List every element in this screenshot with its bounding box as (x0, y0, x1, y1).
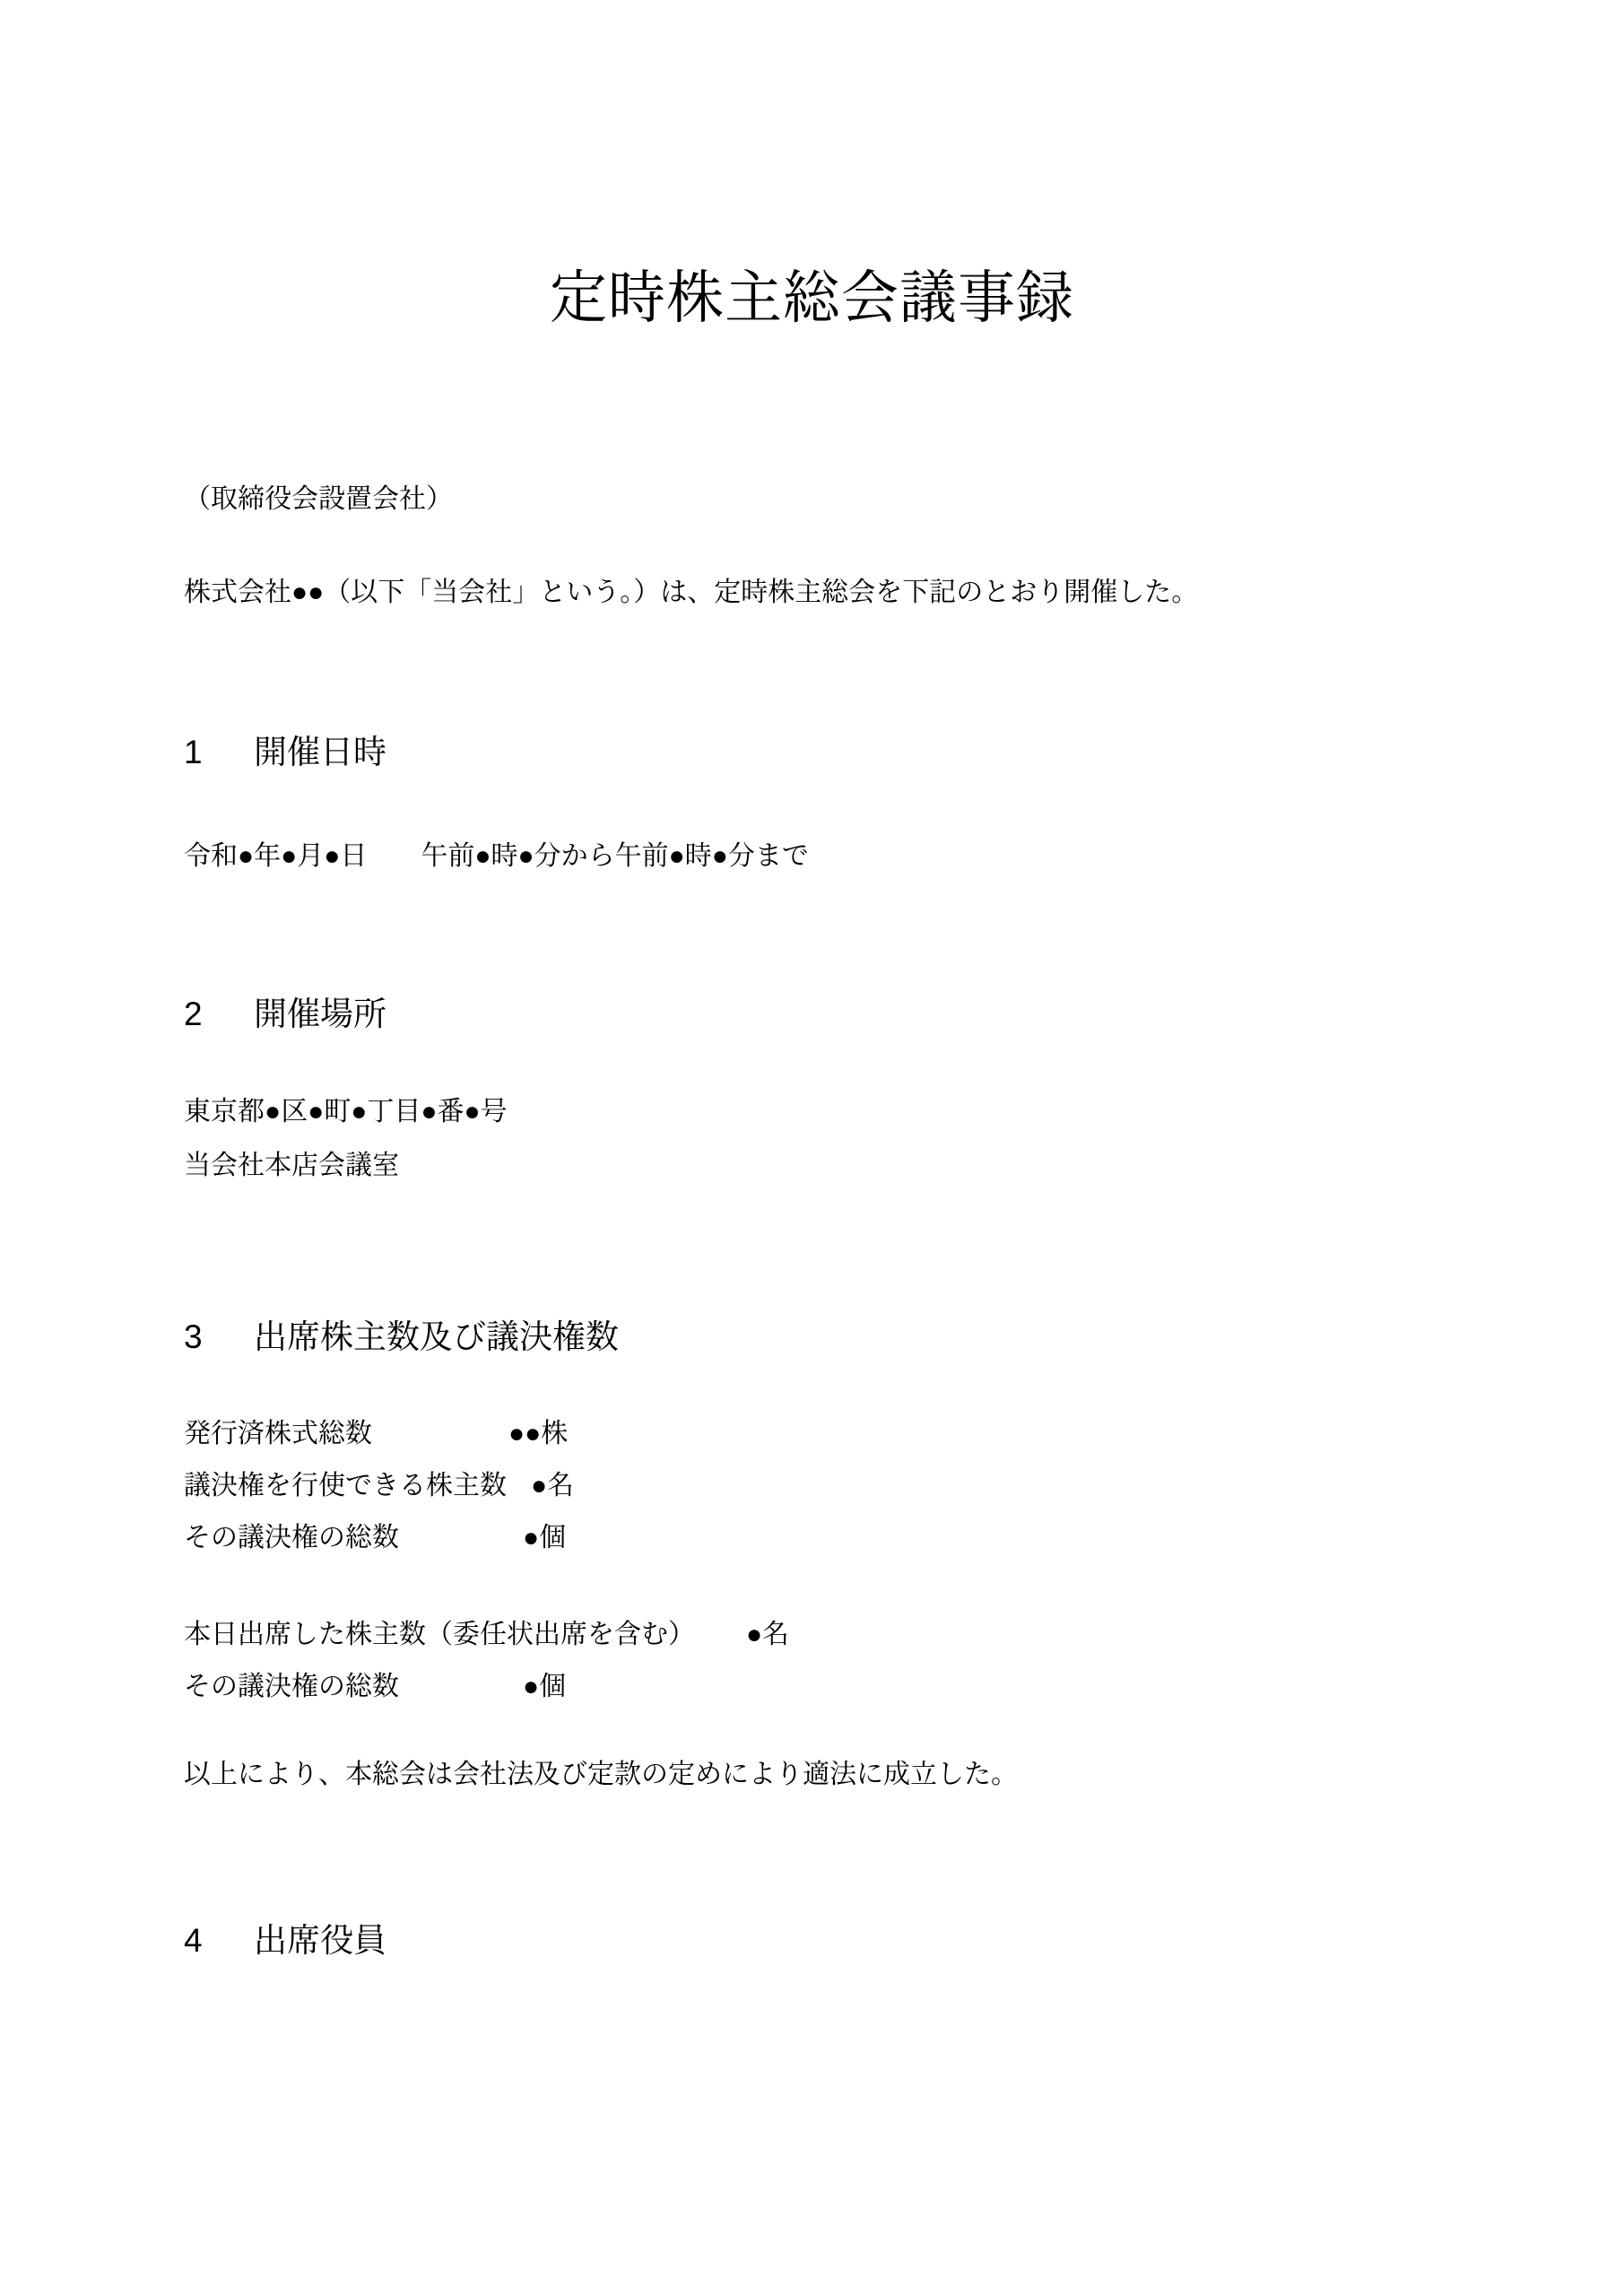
section-1-heading: 1開催日時 (184, 735, 1624, 769)
section-3-title: 出席株主数及び議決権数 (254, 1318, 619, 1355)
attending-voting-rights-label: その議決権の総数 (184, 1672, 399, 1701)
section-2-heading: 2開催場所 (184, 997, 1624, 1031)
document-title: 定時株主総会議事録 (0, 269, 1624, 326)
voting-rights-total-label: その議決権の総数 (184, 1523, 399, 1552)
attending-voting-rights-row: その議決権の総数●個 (184, 1674, 1624, 1700)
shares-issued-label: 発行済株式総数 (184, 1419, 372, 1448)
attending-shareholders-label: 本日出席した株主数（委任状出席を含む） (184, 1620, 695, 1649)
attending-voting-rights-value: ●個 (523, 1674, 566, 1700)
quorum-statement: 以上により、本総会は会社法及び定款の定めにより適法に成立した。 (184, 1761, 1624, 1788)
voting-rights-total-value: ●個 (523, 1525, 566, 1552)
section-2-number: 2 (184, 997, 254, 1031)
section-1-title: 開催日時 (254, 734, 386, 770)
voting-shareholders-label: 議決権を行使できる株主数 (184, 1471, 507, 1500)
meeting-datetime-line: 令和●年●月●日 午前●時●分から午前●時●分まで (184, 843, 1624, 870)
voting-shareholders-row: 議決権を行使できる株主数●名 (184, 1473, 1624, 1500)
attending-shareholders-row: 本日出席した株主数（委任状出席を含む）●名 (184, 1622, 1624, 1648)
voting-rights-total-row: その議決権の総数●個 (184, 1525, 1624, 1552)
document-page: 定時株主総会議事録 （取締役会設置会社） 株式会社●●（以下「当会社」という。）… (0, 0, 1624, 2296)
meeting-venue-line: 当会社本店会議室 (184, 1152, 1624, 1179)
opening-sentence: 株式会社●●（以下「当会社」という。）は、定時株主総会を下記のとおり開催した。 (184, 579, 1624, 606)
section-3-number: 3 (184, 1320, 254, 1353)
voting-shareholders-value: ●名 (531, 1473, 574, 1500)
section-4-title: 出席役員 (254, 1922, 386, 1959)
section-4-heading: 4出席役員 (184, 1924, 1624, 1957)
meeting-address-line: 東京都●区●町●丁目●番●号 (184, 1099, 1624, 1126)
section-4-number: 4 (184, 1924, 254, 1957)
company-type-note: （取締役会設置会社） (184, 486, 1624, 513)
attending-shareholders-value: ●名 (746, 1622, 789, 1648)
shares-issued-row: 発行済株式総数●●株 (184, 1421, 1624, 1448)
section-1-number: 1 (184, 735, 254, 769)
section-2-title: 開催場所 (254, 996, 386, 1032)
shares-issued-value: ●●株 (508, 1421, 568, 1448)
section-3-heading: 3出席株主数及び議決権数 (184, 1320, 1624, 1353)
